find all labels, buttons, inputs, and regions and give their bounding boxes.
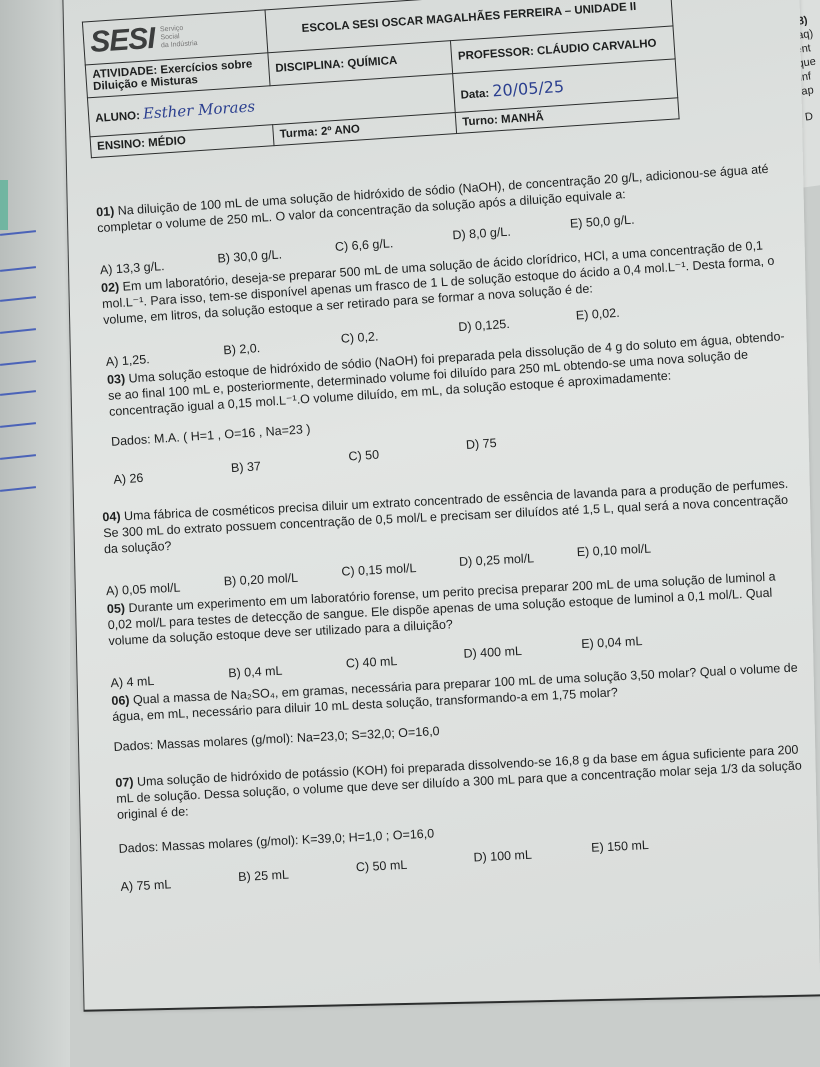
option-d: D) 75 <box>465 429 584 453</box>
option-b: B) 37 <box>230 453 349 477</box>
question-number: 07) <box>115 775 134 790</box>
logo-mark: SESI <box>89 22 155 60</box>
option-c: C) 50 <box>348 441 467 465</box>
option-e: E) 50,0 g/L. <box>569 208 688 232</box>
option-b: B) 2,0. <box>223 335 342 359</box>
sesi-logo: SESI Serviço Social da Indústria <box>89 15 261 60</box>
ruled-line <box>0 422 36 428</box>
option-d: D) 0,125. <box>458 312 577 336</box>
option-c: C) 0,15 mol/L <box>341 558 460 580</box>
option-d: D) 0,25 mol/L <box>459 548 578 570</box>
question-07: 07) Uma solução de hidróxido de potássio… <box>115 741 807 823</box>
ruled-line <box>0 328 36 334</box>
question-number: 06) <box>111 693 130 708</box>
logo-subtitle: Serviço Social da Indústria <box>160 24 198 50</box>
aluno-name-handwritten: Esther Moraes <box>142 97 255 122</box>
option-d: D) 100 mL <box>473 844 592 866</box>
question-number: 01) <box>96 204 115 219</box>
option-e: E) 150 mL <box>591 834 710 856</box>
option-b: B) 25 mL <box>238 863 357 885</box>
option-e: E) 0,02. <box>575 300 694 324</box>
option-e: E) 0,04 mL <box>581 630 700 652</box>
question-number: 02) <box>101 280 120 295</box>
adjacent-notebook-page <box>0 0 70 1067</box>
ruled-line <box>0 486 36 492</box>
option-c: C) 50 mL <box>355 854 474 876</box>
question-number: 04) <box>102 509 121 524</box>
option-b: B) 0,4 mL <box>228 660 347 682</box>
data-label: Data: <box>460 87 489 101</box>
option-a: A) 26 <box>113 464 232 488</box>
ruled-line <box>0 360 36 366</box>
ruled-line <box>0 266 36 272</box>
ruled-line <box>0 390 36 396</box>
option-b: B) 30,0 g/L. <box>217 243 336 267</box>
aluno-label: ALUNO: <box>95 110 140 125</box>
option-c: C) 6,6 g/L. <box>334 231 453 255</box>
worksheet-page: SESI Serviço Social da Indústria ESCOLA … <box>62 0 820 1012</box>
option-b: B) 0,20 mol/L <box>223 568 342 590</box>
option-e: E) 0,10 mol/L <box>576 538 695 560</box>
option-a: A) 75 mL <box>120 873 239 895</box>
option-d: D) 8,0 g/L. <box>452 220 571 244</box>
question-text: Uma solução de hidróxido de potássio (KO… <box>116 743 802 822</box>
date-handwritten: 20/05/25 <box>492 76 565 100</box>
question-number: 05) <box>107 601 126 616</box>
option-c: C) 40 mL <box>346 650 465 672</box>
green-marker-stroke <box>0 180 8 230</box>
ruled-line <box>0 454 36 460</box>
option-d: D) 400 mL <box>463 640 582 662</box>
ruled-line <box>0 230 36 236</box>
option-c: C) 0,2. <box>340 323 459 347</box>
question-number: 03) <box>107 372 126 387</box>
header-table: SESI Serviço Social da Indústria ESCOLA … <box>82 0 680 158</box>
ruled-line <box>0 296 36 302</box>
logo-sub-line: da Indústria <box>161 40 198 50</box>
questions-upper: 01) Na diluição de 100 mL de uma solução… <box>96 160 803 490</box>
questions-lower: 04) Uma fábrica de cosméticos precisa di… <box>102 476 810 897</box>
